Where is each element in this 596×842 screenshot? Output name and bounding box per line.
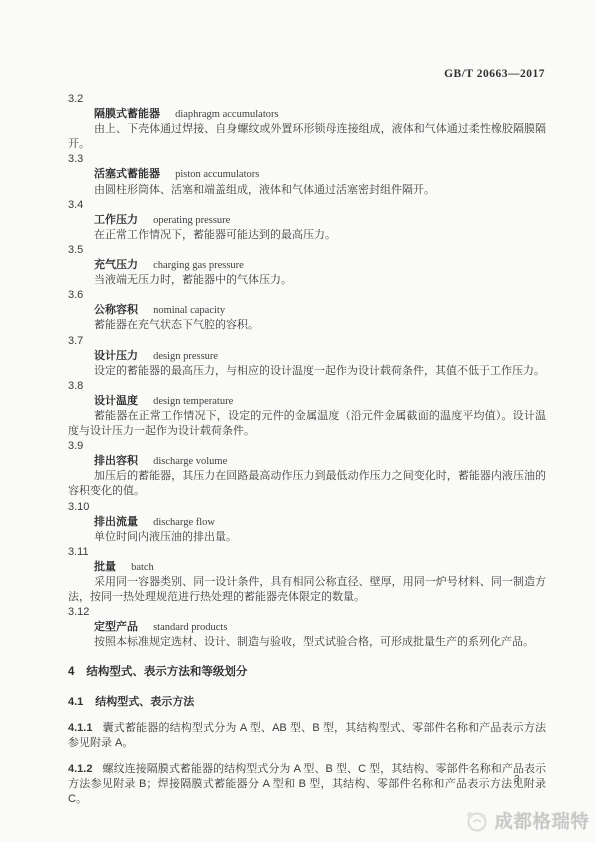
term-title: 充气压力 charging gas pressure: [94, 258, 546, 273]
term-en: discharge volume: [153, 456, 227, 467]
term-en: discharge flow: [153, 517, 215, 528]
term-3-9: 3.9 排出容积 discharge volume 加压后的蓄能器，其压力在回路…: [68, 439, 546, 499]
term-zh: 工作压力: [94, 214, 138, 226]
term-3-6: 3.6 公称容积 nominal capacity 蓄能器在充气状态下气腔的容积…: [68, 288, 546, 333]
clause-text: 螺纹连接隔膜式蓄能器的结构型式分为 A 型、B 型、C 型，其结构、零部件名称和…: [68, 763, 546, 805]
term-zh: 活塞式蓄能器: [94, 168, 160, 180]
chapter-4-heading: 4结构型式、表示方法和等级划分: [68, 665, 546, 680]
term-3-8: 3.8 设计温度 design temperature 蓄能器在正常工作情况下，…: [68, 379, 546, 439]
term-title: 工作压力 operating pressure: [94, 213, 546, 228]
term-title: 定型产品 standard products: [94, 620, 546, 635]
term-3-11: 3.11 批量 batch 采用同一容器类别、同一设计条件，具有相同公称直径、壁…: [68, 545, 546, 605]
term-en: piston accumulators: [175, 169, 259, 180]
term-number: 3.11: [68, 545, 546, 560]
term-number: 3.5: [68, 243, 546, 258]
term-zh: 定型产品: [94, 621, 138, 633]
term-en: diaphragm accumulators: [175, 109, 279, 120]
term-en: design pressure: [153, 351, 218, 362]
term-title: 隔膜式蓄能器 diaphragm accumulators: [94, 107, 546, 122]
term-definition: 设定的蓄能器的最高压力，与相应的设计温度一起作为设计载荷条件，其值不低于工作压力…: [68, 364, 546, 379]
term-title: 排出容积 discharge volume: [94, 454, 546, 469]
section-number: 4.1: [68, 696, 83, 708]
term-definition: 由圆柱形筒体、活塞和端盖组成，液体和气体通过活塞密封组件隔开。: [68, 183, 546, 198]
term-number: 3.10: [68, 500, 546, 515]
term-definition: 当液端无压力时，蓄能器中的气体压力。: [68, 273, 546, 288]
term-title: 排出流量 discharge flow: [94, 515, 546, 530]
section-title: 结构型式、表示方法: [95, 696, 194, 708]
term-number: 3.12: [68, 605, 546, 620]
term-zh: 隔膜式蓄能器: [94, 108, 160, 120]
term-number: 3.8: [68, 379, 546, 394]
term-definition: 蓄能器在充气状态下气腔的容积。: [68, 318, 546, 333]
term-number: 3.6: [68, 288, 546, 303]
term-title: 设计压力 design pressure: [94, 349, 546, 364]
watermark-logo-icon: [464, 809, 488, 833]
chapter-number: 4: [68, 666, 74, 678]
clause-4-1-1: 4.1.1囊式蓄能器的结构型式分为 A 型、AB 型、B 型，其结构型式、零部件…: [68, 721, 546, 751]
term-number: 3.7: [68, 334, 546, 349]
term-definition: 采用同一容器类别、同一设计条件，具有相同公称直径、壁厚，用同一炉号材料、同一制造…: [68, 575, 546, 605]
term-zh: 设计温度: [94, 395, 138, 407]
document-page: GB/T 20663—2017 3.2 隔膜式蓄能器 diaphragm acc…: [0, 0, 596, 842]
clause-4-1-2: 4.1.2螺纹连接隔膜式蓄能器的结构型式分为 A 型、B 型、C 型，其结构、零…: [68, 762, 546, 807]
term-definition: 在正常工作情况下，蓄能器可能达到的最高压力。: [68, 228, 546, 243]
watermark-text: 成都格瑞特: [495, 808, 590, 834]
page-number: 3: [514, 774, 520, 785]
term-definition: 按照本标准规定选材、设计、制造与验收，型式试验合格，可形成批量生产的系列化产品。: [68, 635, 546, 650]
term-title: 活塞式蓄能器 piston accumulators: [94, 167, 546, 182]
term-3-10: 3.10 排出流量 discharge flow 单位时间内液压油的排出量。: [68, 500, 546, 545]
term-number: 3.3: [68, 152, 546, 167]
watermark: 成都格瑞特: [464, 808, 590, 834]
term-number: 3.2: [68, 92, 546, 107]
term-3-3: 3.3 活塞式蓄能器 piston accumulators 由圆柱形筒体、活塞…: [68, 152, 546, 197]
term-title: 设计温度 design temperature: [94, 394, 546, 409]
term-en: nominal capacity: [153, 305, 225, 316]
term-definition: 单位时间内液压油的排出量。: [68, 530, 546, 545]
term-en: design temperature: [153, 396, 233, 407]
term-3-12: 3.12 定型产品 standard products 按照本标准规定选材、设计…: [68, 605, 546, 650]
term-3-5: 3.5 充气压力 charging gas pressure 当液端无压力时，蓄…: [68, 243, 546, 288]
term-en: standard products: [153, 622, 227, 633]
term-zh: 充气压力: [94, 259, 138, 271]
term-en: charging gas pressure: [153, 260, 244, 271]
term-3-2: 3.2 隔膜式蓄能器 diaphragm accumulators 由上、下壳体…: [68, 92, 546, 152]
term-zh: 公称容积: [94, 304, 138, 316]
term-en: operating pressure: [153, 215, 230, 226]
term-title: 公称容积 nominal capacity: [94, 303, 546, 318]
clause-number: 4.1.2: [68, 763, 92, 775]
term-3-4: 3.4 工作压力 operating pressure 在正常工作情况下，蓄能器…: [68, 198, 546, 243]
term-title: 批量 batch: [94, 560, 546, 575]
term-3-7: 3.7 设计压力 design pressure 设定的蓄能器的最高压力，与相应…: [68, 334, 546, 379]
term-zh: 排出容积: [94, 455, 138, 467]
clause-text: 囊式蓄能器的结构型式分为 A 型、AB 型、B 型，其结构型式、零部件名称和产品…: [68, 722, 546, 749]
term-number: 3.4: [68, 198, 546, 213]
standard-code-header: GB/T 20663—2017: [444, 68, 545, 80]
term-definition: 加压后的蓄能器，其压力在回路最高动作压力到最低动作压力之间变化时，蓄能器内液压油…: [68, 469, 546, 499]
term-en: batch: [131, 562, 154, 573]
section-4-1-heading: 4.1结构型式、表示方法: [68, 695, 546, 710]
term-zh: 设计压力: [94, 350, 138, 362]
chapter-title: 结构型式、表示方法和等级划分: [86, 666, 247, 678]
document-body: 3.2 隔膜式蓄能器 diaphragm accumulators 由上、下壳体…: [68, 92, 546, 807]
term-definition: 由上、下壳体通过焊接、自身螺纹或外置环形锁母连接组成，液体和气体通过柔性橡胶隔膜…: [68, 122, 546, 152]
term-number: 3.9: [68, 439, 546, 454]
clause-number: 4.1.1: [68, 722, 92, 734]
term-definition: 蓄能器在正常工作情况下，设定的元件的金属温度（沿元件金属截面的温度平均值）。设计…: [68, 409, 546, 439]
term-zh: 排出流量: [94, 516, 138, 528]
term-zh: 批量: [94, 561, 116, 573]
